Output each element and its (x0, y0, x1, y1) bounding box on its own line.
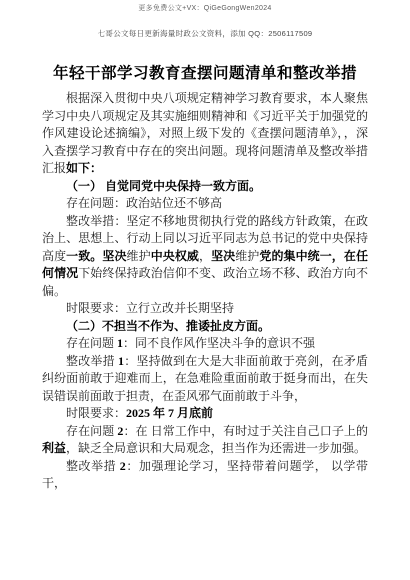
text-run: （一） 自觉同党中央保持一致方面。 (66, 179, 261, 193)
text-run: 维护 (235, 249, 259, 263)
paragraph: 存在问题 2：在 日常工作中，有时过于关注自己口子上的利益，缺乏全局意识和大局观… (42, 423, 368, 458)
text-run: 利益 (42, 441, 66, 455)
text-run: 中央权威 (151, 249, 199, 263)
watermark-line-2: 七哥公文每日更新海量时政公文资料，添加 QQ：2506117509 (0, 28, 410, 39)
text-run: 如下： (66, 161, 102, 175)
text-run: 下始终保持政治信仰不变、政治立场不移、政治方向不偏。 (42, 266, 368, 298)
text-run: 一致。坚决 (66, 249, 126, 263)
text-run: 坚决 (211, 249, 235, 263)
section-heading: （二）不担当不作为、推诿扯皮方面。 (42, 318, 368, 336)
watermark-line-1: 更多免费公文+VX：QiGeGongWen2024 (0, 3, 410, 13)
text-run: 2025 年 7 月底前 (126, 406, 213, 420)
section-heading: （一） 自觉同党中央保持一致方面。 (42, 178, 368, 196)
text-run: ：同不良作风作坚决斗争的意识不强 (123, 336, 315, 350)
document-page: 更多免费公文+VX：QiGeGongWen2024 七哥公文每日更新海量时政公文… (0, 0, 410, 580)
text-run: 整改举措 (66, 459, 120, 473)
text-run: 时限要求： (66, 406, 126, 420)
paragraph: 时限要求：立行立改并长期坚持 (42, 300, 368, 318)
paragraph: 存在问题：政治站位还不够高 (42, 195, 368, 213)
paragraph: 时限要求：2025 年 7 月底前 (42, 405, 368, 423)
text-run: 存在问题 (66, 424, 117, 438)
document-title: 年轻干部学习教育查摆问题清单和整改举措 (0, 61, 410, 83)
text-run: ， (199, 249, 211, 263)
paragraph: 根据深入贯彻中央八项规定精神学习教育要求，本人聚焦学习中央八项规定及其实施细则精… (42, 90, 368, 178)
text-run: 存在问题 (66, 336, 117, 350)
text-run: ，缺乏全局意识和大局观念，担当作为还需进一步加强。 (66, 441, 366, 455)
paragraph: 整改举措：坚定不移地贯彻执行党的路线方针政策，在政治上、思想上、行动上同以习近平… (42, 213, 368, 301)
text-run: ：在 日常工作中，有时过于关注自己口子上的 (123, 424, 368, 438)
text-run: 时限要求：立行立改并长期坚持 (66, 301, 234, 315)
text-run: （二）不担当不作为、推诿扯皮方面。 (66, 319, 270, 333)
paragraph: 整改举措 1：坚持做到在大是大非面前敢于亮剑，在矛盾纠纷面前敢于迎难而上，在急难… (42, 353, 368, 406)
document-body: 根据深入贯彻中央八项规定精神学习教育要求，本人聚焦学习中央八项规定及其实施细则精… (42, 90, 368, 493)
paragraph: 存在问题 1：同不良作风作坚决斗争的意识不强 (42, 335, 368, 353)
text-run: 整改举措 (66, 354, 118, 368)
text-run: 存在问题：政治站位还不够高 (66, 196, 222, 210)
text-run: 维护 (127, 249, 151, 263)
paragraph: 整改举措 2：加强理论学习，坚持带着问题学， 以学带干， (42, 458, 368, 493)
